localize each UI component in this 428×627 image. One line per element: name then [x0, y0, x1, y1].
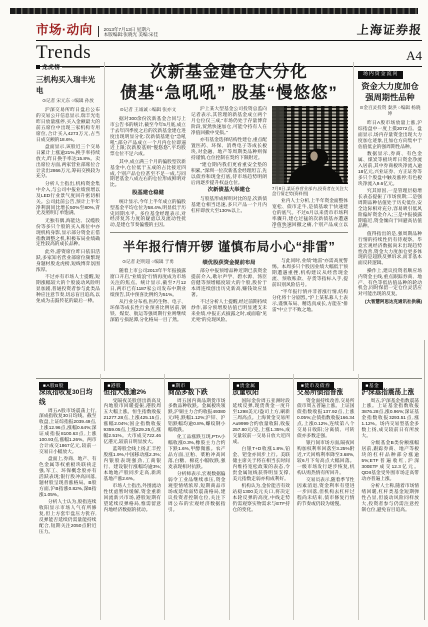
second-article-col3: 与此同时,业绩“地雷”亦需高度警惕。本周多只个股因业绩大幅低于预期遭遇重挫,机构…: [272, 258, 348, 371]
left-column-article: 龙虎榜 三机构买入瑞丰光电 ⊙记者 宋元东 ○编辑 孙放 沪深交易所昨日盘后公布…: [36, 62, 104, 371]
bottom-body-bonds: 资金面持续改善,交易所债市周五普遍上涨。上证国债指数收报137.92点,上涨0.…: [297, 398, 355, 507]
second-headline: 半年报行情开锣 谨慎布局小心“排雷”: [110, 237, 348, 255]
left-article-tag-row: 龙虎榜: [36, 63, 100, 71]
newspaper-page: 市场·动向 2013年7月13日 星期六 本版编辑:张晓光 美编:宋佳 上海证券…: [0, 0, 428, 627]
main-col2-text: 沪上某大型基金公司投资总监向记者表示,其管理的新基金成立两个月仓位仅三成,“市场…: [191, 106, 267, 186]
right-column-article: 场内资金流向 资金大力度加仓 强周期性品种 ⊙金百灵投资 秦洪 ○编辑 杨晓坤 …: [354, 62, 422, 371]
section-title-cn: 市场·动向: [36, 20, 93, 38]
main-col1-text: 据对300余份次新基金合同与上市公告书的统计,截至今年5月底,成立于去年四季度之…: [110, 116, 186, 188]
main-headline: 次新基金建仓大分化 债基“急吼吼” 股基“慢悠悠”: [110, 62, 348, 103]
bottom-col-hk: ■港股 恒指大涨逾2% 受隔夜美股创出新高及内地股市回暖提振,港股周五大幅上涨。…: [101, 374, 166, 620]
tab-row: ■货币及债券: [297, 374, 355, 383]
left-article-body: 沪深交易所昨日盘后公布的交易公开信息显示,瑞丰光电昨日放量涨停,买入金额最大的前…: [36, 107, 100, 304]
right-article-byline: ⊙金百灵投资 秦洪 ○编辑 杨晓坤: [358, 105, 422, 117]
tab-bonds: ■货币及债券: [297, 382, 334, 390]
bottom-col-metals: ■贵金属 放量收阳 国际金价周五亚洲时段延续反弹,现货黄金一度升至1298美元/…: [230, 374, 295, 620]
left-article-byline: ⊙记者 宋元东 ○编辑 孙放: [36, 98, 100, 104]
left-article-headline: 三机构买入瑞丰光电: [36, 74, 100, 96]
right-headline-line2: 强周期性品种: [365, 93, 414, 102]
second-subhead: 绩优股获资金提前布局: [191, 261, 267, 267]
paper-name: 上海证券报: [356, 21, 423, 38]
second-article-columns: ⊙记者 赵明超 ○编辑 于勇 随着上市公司2013年半年报披露窗口开启,“业绩浪…: [110, 258, 348, 371]
main-col3-text: 业内人士分析,上半年资金面整体宽松、债市走牛,是债基敢于快速建仓的底气。不过6月…: [272, 198, 348, 228]
date-block: 2013年7月13日 星期六 本版编辑:张晓光 美编:宋佳: [104, 27, 158, 38]
main-article-col3: 7月8日,某证券营业部内,投资者在关注大盘行情走势(资料图) 业内人士分析,上半…: [272, 106, 348, 228]
content-area: 龙虎榜 三机构买入瑞丰光电 ⊙记者 宋元东 ○编辑 孙放 沪深交易所昨日盘后公布…: [36, 62, 422, 371]
bottom-col-funds: ■基金 沪深基指震荡上涨 周五,沪深基金指数震荡上涨。上证基金指数收报3876.…: [359, 374, 423, 620]
right-article-credit: (大智慧阿思达克通讯社供稿): [358, 299, 422, 305]
center-column: 次新基金建仓大分化 债基“急吼吼” 股基“慢悠悠” ⊙记者 王诚诚 ○编辑 张亦…: [104, 62, 354, 371]
date-line2: 本版编辑:张晓光 美编:宋佳: [104, 32, 158, 37]
right-article-headline: 资金大力度加仓 强周期性品种: [358, 82, 422, 103]
main-headline-line2: 债基“急吼吼” 股基“慢悠悠”: [120, 84, 338, 102]
section-title-en: Trends: [36, 42, 91, 64]
tab-hk-stocks: ■港股: [104, 382, 126, 390]
masthead-divider: [98, 26, 99, 37]
right-headline-line1: 资金大力度加仓: [361, 82, 418, 91]
tab-precious-metals: ■贵金属: [233, 382, 260, 390]
trading-hall-photo: [272, 106, 348, 184]
second-article-col1: ⊙记者 赵明超 ○编辑 于勇 随着上市公司2013年半年报披露窗口开启,“业绩浪…: [110, 258, 186, 371]
left-article-tag: 龙虎榜: [42, 63, 60, 71]
tab-row: ■期市: [168, 374, 226, 383]
masthead-row-top: 市场·动向 2013年7月13日 星期六 本版编辑:张晓光 美编:宋佳 上海证券…: [36, 20, 422, 41]
tab-funds: ■基金: [362, 382, 384, 390]
photo-caption: 7月8日,某证券营业部内,投资者在关注大盘行情走势(资料图): [272, 186, 348, 196]
page-edge-strip: [10, 8, 418, 14]
bottom-body-hk: 受隔夜美股创出新高及内地股市回暖提振,港股周五大幅上涨。恒生指数收报21277.…: [104, 398, 162, 513]
bottom-col-bonds: ■货币及债券 交易所债指普涨 资金面持续改善,交易所债市周五普遍上涨。上证国债指…: [294, 374, 359, 620]
second-article-col2: 绩优股获资金提前布局 部分中报预增品种近期已获资金提前介入,歌尔声学、碧水源、汤…: [191, 258, 267, 371]
tab-row: ■A股B股: [39, 374, 97, 383]
right-article-body: 昨日A股市场放量上涨,沪综指盘中一度上摸2072点。盘面显示,场内存量资金出现大…: [358, 120, 422, 297]
article-divider-rule: [110, 232, 348, 233]
tab-row: ■基金: [362, 374, 420, 383]
main-subhead-2: 次新债基大举建仓: [191, 188, 267, 194]
second-col1-text: 随着上市公司2013年半年报披露窗口开启,“业绩浪”行情再度成为市场关注的焦点。…: [110, 268, 186, 323]
main-article-columns: ⊙记者 王诚诚 ○编辑 张亦文 据对300余份次新基金合同与上市公告书的统计,截…: [110, 106, 348, 228]
bottom-body-metals: 国际金价周五亚洲时段延续反弹,现货黄金一度升至1298美元/盎司上方,刷新三周高…: [233, 398, 291, 513]
bottom-col-ashares: ■A股B股 深成指收复30日均线 周五A股市场震荡上行,深成指收复30日均线。截…: [36, 374, 101, 620]
square-bullet-icon: [36, 65, 40, 69]
tag-rule: [62, 67, 100, 68]
investor-silhouette-icon: [272, 140, 348, 184]
bottom-band: ■A股B股 深成指收复30日均线 周五A股市场震荡上行,深成指收复30日均线。截…: [36, 374, 422, 620]
page-edge-line: [424, 340, 425, 620]
main-col1b-text: 统计显示,今年上半年成立的偏股型基金平均仓位为58.4%,明显低于历史同期水平。…: [110, 199, 186, 228]
main-col2b-text: 与股基形成鲜明对比的是,次新债基建仓相当迅速,多只产品一个月内杠杆即放大至130…: [191, 196, 267, 214]
second-col2-text: 部分中报预增品种近期已获资金提前介入,歌尔声学、碧水源、汤臣倍健等预增幅度较大的…: [191, 268, 267, 323]
masthead: 市场·动向 2013年7月13日 星期六 本版编辑:张晓光 美编:宋佳 上海证券…: [36, 20, 422, 67]
second-col3-text: 与此同时,业绩“地雷”亦需高度警惕。本周多只个股因业绩大幅低于预期遭遇重挫,机构…: [272, 258, 348, 313]
main-article-byline: ⊙记者 王诚诚 ○编辑 张亦文: [110, 107, 186, 113]
main-subhead-1: 股基建仓稳健: [110, 191, 186, 197]
tab-row: ■贵金属: [233, 374, 291, 383]
tab-a-shares: ■A股B股: [39, 382, 68, 390]
tab-futures: ■期市: [168, 382, 190, 390]
second-article-byline: ⊙记者 赵明超 ○编辑 于勇: [110, 259, 186, 265]
right-article-tag: 场内资金流向: [358, 71, 403, 79]
main-article-col2: 沪上某大型基金公司投资总监向记者表示,其管理的新基金成立两个月仓位仅三成,“市场…: [191, 106, 267, 228]
main-article-col1: ⊙记者 王诚诚 ○编辑 张亦文 据对300余份次新基金合同与上市公告书的统计,截…: [110, 106, 186, 228]
bottom-body-ashares: 周五A股市场震荡上行,深成指收复30日均线。截至收盘,上证综指报2039.49点…: [39, 408, 97, 535]
bottom-body-futures: 周五国内商品期货市场多数品种收跌。金属板块领跌,沪铜主力合约收报49380元/吨…: [168, 398, 226, 513]
bottom-body-funds: 周五,沪深基金指数震荡上涨。上证基金指数收报3876.28点,涨0.96%;深证…: [362, 398, 420, 513]
tab-row: ■港股: [104, 374, 162, 383]
bottom-col-futures: ■期市 商品多数下跌 周五国内商品期货市场多数品种收跌。金属板块领跌,沪铜主力合…: [165, 374, 230, 620]
main-headline-line1: 次新基金建仓大分化: [150, 63, 308, 81]
